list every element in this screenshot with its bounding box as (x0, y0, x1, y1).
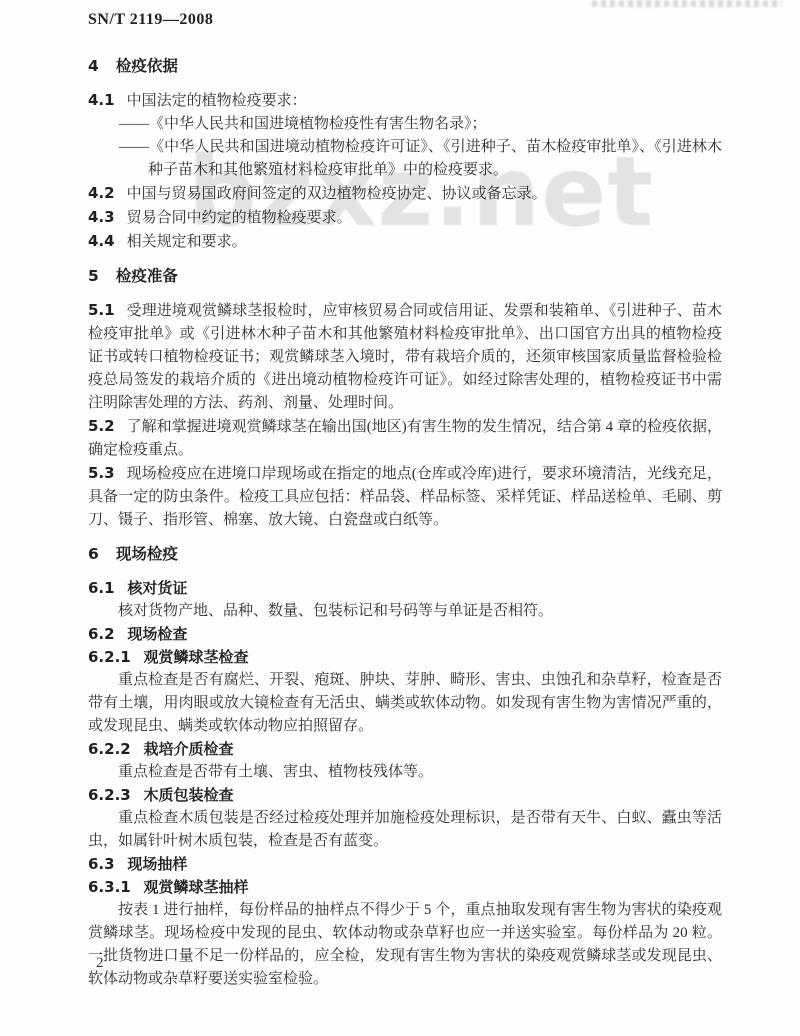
subclause-title: 木质包装检查 (143, 786, 233, 804)
clause-4-2: 4.2中国与贸易国政府间签定的双边植物检疫协定、协议或备忘录。 (88, 182, 722, 206)
subclause-heading-6-3: 6.3现场抽样 (88, 853, 722, 876)
clause-text: 贸易合同中约定的植物检疫要求。 (127, 210, 352, 226)
standard-code-header: SN/T 2119—2008 (88, 10, 722, 30)
clause-5-1: 5.1受理进境观赏鳞球茎报检时，应审核贸易合同或信用证、发票和装箱单、《引进种子… (88, 299, 722, 415)
clause-number: 6.2.2 (88, 740, 131, 758)
document-page: bzxz.net SN/T 2119—2008 4检疫依据 4.1中国法定的植物… (0, 0, 800, 1036)
clause-number: 4.2 (88, 184, 115, 202)
paragraph: 重点检查是否带有土壤、害虫、植物枝残体等。 (88, 761, 722, 784)
clause-number: 4.1 (88, 91, 115, 109)
clause-5-3: 5.3现场检疫应在进境口岸现场或在指定的地点(仓库或冷库)进行，要求环境清洁，光… (88, 462, 722, 532)
subclause-heading-6-3-1: 6.3.1观赏鳞球茎抽样 (88, 876, 722, 899)
paragraph: 核对货物产地、品种、数量、包装标记和号码等与单证是否相符。 (88, 600, 722, 623)
clause-number: 4.4 (88, 232, 115, 250)
page-number: 2 (96, 955, 104, 972)
subclause-title: 现场抽样 (127, 855, 187, 873)
subclause-title: 观赏鳞球茎检查 (143, 648, 248, 666)
cropped-scan-artifact (592, 0, 782, 7)
paragraph: 重点检查木质包装是否经过检疫处理并加施检疫处理标识，是否带有天牛、白蚁、蠹虫等活… (88, 807, 722, 853)
clause-4-4: 4.4相关规定和要求。 (88, 230, 722, 254)
section-title: 检疫依据 (116, 57, 178, 75)
clause-number: 6.3.1 (88, 878, 131, 896)
dash-list-item: ——《中华人民共和国进境植物检疫性有害生物名录》； (88, 113, 722, 136)
section-heading-4: 4检疫依据 (88, 54, 722, 78)
clause-text: 受理进境观赏鳞球茎报检时，应审核贸易合同或信用证、发票和装箱单、《引进种子、苗木… (88, 303, 722, 411)
paragraph: 重点检查是否有腐烂、开裂、疱斑、肿块、芽肿、畸形、害虫、虫蚀孔和杂草籽，检查是否… (88, 669, 722, 738)
section-heading-5: 5检疫准备 (88, 264, 722, 288)
clause-5-2: 5.2了解和掌握进境观赏鳞球茎在输出国(地区)有害生物的发生情况，结合第 4 章… (88, 415, 722, 462)
subclause-heading-6-2-3: 6.2.3木质包装检查 (88, 784, 722, 807)
subclause-heading-6-1: 6.1核对货证 (88, 577, 722, 600)
page-content: SN/T 2119—2008 4检疫依据 4.1中国法定的植物检疫要求： ——《… (88, 10, 722, 991)
clause-number: 5.2 (88, 417, 115, 435)
subclause-heading-6-2: 6.2现场检查 (88, 623, 722, 646)
section-number: 6 (88, 545, 99, 563)
section-heading-6: 6现场检疫 (88, 542, 722, 566)
clause-4-1: 4.1中国法定的植物检疫要求： (88, 89, 722, 113)
clause-number: 6.2 (88, 625, 115, 643)
clause-text: 了解和掌握进境观赏鳞球茎在输出国(地区)有害生物的发生情况，结合第 4 章的检疫… (88, 419, 722, 458)
clause-number: 6.3 (88, 855, 115, 873)
subclause-title: 现场检查 (127, 625, 187, 643)
clause-number: 6.2.1 (88, 648, 131, 666)
paragraph: 按表 1 进行抽样，每份样品的抽样点不得少于 5 个，重点抽取发现有害生物为害状… (88, 899, 722, 991)
clause-text: 相关规定和要求。 (127, 234, 247, 250)
clause-number: 6.2.3 (88, 786, 131, 804)
subclause-heading-6-2-1: 6.2.1观赏鳞球茎检查 (88, 646, 722, 669)
clause-number: 5.1 (88, 301, 115, 319)
clause-number: 5.3 (88, 464, 115, 482)
subclause-heading-6-2-2: 6.2.2栽培介质检查 (88, 738, 722, 761)
clause-number: 4.3 (88, 208, 115, 226)
clause-text: 中国与贸易国政府间签定的双边植物检疫协定、协议或备忘录。 (127, 186, 547, 202)
section-number: 4 (88, 57, 99, 75)
subclause-title: 栽培介质检查 (143, 740, 233, 758)
dash-list-item: ——《中华人民共和国进境动植物检疫许可证》、《引进种子、苗木检疫审批单》、《引进… (88, 136, 722, 182)
section-title: 现场检疫 (116, 545, 178, 563)
clause-number: 6.1 (88, 579, 115, 597)
clause-text: 中国法定的植物检疫要求： (127, 93, 307, 109)
subclause-title: 核对货证 (127, 579, 187, 597)
clause-4-3: 4.3贸易合同中约定的植物检疫要求。 (88, 206, 722, 230)
subclause-title: 观赏鳞球茎抽样 (143, 878, 248, 896)
section-title: 检疫准备 (116, 267, 178, 285)
clause-text: 现场检疫应在进境口岸现场或在指定的地点(仓库或冷库)进行，要求环境清洁，光线充足… (88, 466, 722, 528)
section-number: 5 (88, 267, 99, 285)
